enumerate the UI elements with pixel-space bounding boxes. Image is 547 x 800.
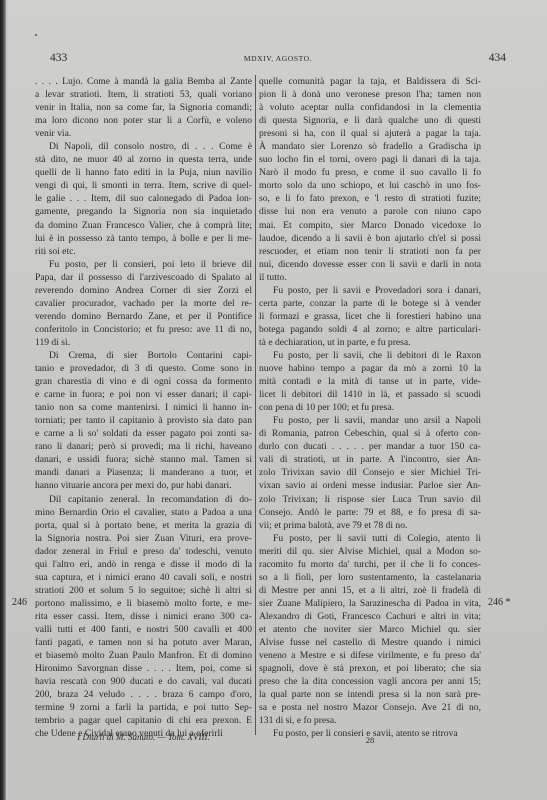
text-line: tanio e provedador, di 3 di questo. Come… — [35, 362, 252, 375]
text-line: la Signoria nostra. Poi sier Zuan Vituri… — [35, 532, 252, 545]
text-line: li formazi e grassa, licet che li forest… — [259, 310, 481, 323]
text-line: venir in Italia, non sa come far, la Sig… — [35, 101, 252, 114]
text-line: termine 9 zorni a farli la partida, e po… — [35, 701, 252, 714]
page-header: 433 MDXIV, AGOSTO. 434 — [50, 52, 506, 66]
text-line: il tutto. — [259, 271, 481, 284]
text-line: Di Crema, di sier Bortolo Contarini capi… — [35, 349, 252, 362]
text-line: ma loro dicono non poter star lì a Corfù… — [35, 114, 252, 127]
text-line: danari, e ussidi fuora; sichè stanno mal… — [35, 453, 252, 466]
text-line: sier Zuane Malipiero, la Sarazinescha di… — [259, 597, 481, 610]
text-line: torniati; per tanto il capitanio à provi… — [35, 414, 252, 427]
book-binding-edge — [0, 0, 6, 800]
column-divider — [255, 75, 256, 735]
text-line: laudoe, dicendo a li savii è bon ajutarl… — [259, 232, 481, 245]
paper-speck — [476, 149, 478, 151]
margin-note-left: 246 — [12, 597, 27, 608]
text-line: certa parte, conzar la parte di le boteg… — [259, 297, 481, 310]
text-line: e carne a li so' soldati da esser pagato… — [35, 427, 252, 440]
text-line: Narò il modo fu preso, e come il suo cav… — [259, 166, 481, 179]
text-line: et atento che noviter sier Marco Michiel… — [259, 623, 481, 636]
text-line: vengi di qui, li smonti in terra. Item, … — [35, 179, 252, 192]
paper-speck — [35, 34, 37, 36]
text-line: mino Bernardin Orio el cavalier, stato a… — [35, 506, 252, 519]
text-line: tanio non sa come mantenirsi. I nimici l… — [35, 401, 252, 414]
text-line: meriti dil qu. sier Alvise Michiel, qual… — [259, 545, 481, 558]
text-line: nuove habino tempo a pagar da mò a zorni… — [259, 362, 481, 375]
text-line: Fu posto, per li consieri, poi leto il b… — [35, 258, 252, 271]
text-line: Fu posto, per li savii, mandar uno arsil… — [259, 414, 481, 427]
paper-speck — [100, 734, 102, 736]
text-line: Fu posto, per li savii e Provedadori sor… — [259, 284, 481, 297]
text-line: di questa Signoria, e li darà qualche un… — [259, 114, 481, 127]
text-line: so, e li fo fato prexon, e 'l resto di s… — [259, 192, 481, 205]
text-line: nui, dicendo dovesse esser con li savii … — [259, 258, 481, 271]
text-line: licet li debitori dil 1410 in là, et pas… — [259, 388, 481, 401]
text-line: di Mestre per anni 15, et a li altri, zo… — [259, 584, 481, 597]
text-line: hanno vituarie ancora per mexi do, pur h… — [35, 479, 252, 492]
text-line: so a li fioli, per loro sustentamento, l… — [259, 571, 481, 584]
text-line: morto solo da uno schiopo, et lui caschò… — [259, 179, 481, 192]
text-line: qui l'altro eri, andò in renga e disse i… — [35, 558, 252, 571]
text-line: À mandato sier Lorenzo sò fradello a Gra… — [259, 140, 481, 153]
text-line: conferitolo in Concistorio; et fu preso:… — [35, 323, 252, 336]
text-line: durlo con ducati . . . . . per mandar a … — [259, 440, 481, 453]
text-line: vii; et prima balotà, ave 79 et 78 di no… — [259, 519, 481, 532]
text-line: da domino Zuan Francesco Valier, che à c… — [35, 219, 252, 232]
text-line: e carne in fuora; e poi non vi esser dan… — [35, 388, 252, 401]
text-line: rano li danari; però si provedi; ma li r… — [35, 440, 252, 453]
text-line: riti soi etc. — [35, 245, 252, 258]
text-line: stratioti 200 et solum 5 lo seguitoe; si… — [35, 584, 252, 597]
text-line: Alexandro di Goti, Francesco Cachuri e a… — [259, 610, 481, 623]
text-line: mai. Et compito, sier Marco Donado viced… — [259, 219, 481, 232]
right-text-column: quelle comunità pagar la taja, et Baldis… — [259, 75, 481, 740]
text-line: verendo domino Bernardo Zane, et per il … — [35, 310, 252, 323]
text-line: lui è in possesso zà tanto tempo, à boll… — [35, 232, 252, 245]
text-line: quelle comunità pagar la taja, et Baldis… — [259, 75, 481, 88]
text-line: venir via. — [35, 127, 252, 140]
text-line: stà dito, ne muor 40 al zorno in questa … — [35, 153, 252, 166]
text-line: suo locho fin el torni, overo pagi li da… — [259, 153, 481, 166]
text-line: pion li à donà uno veronese preson l'ha;… — [259, 88, 481, 101]
text-line: rescuoder, et etiam non tenir li stratio… — [259, 245, 481, 258]
margin-note-right: 246 * — [488, 597, 511, 608]
text-line: à voluto aceptar nulla confidandosi in l… — [259, 101, 481, 114]
footer-volume-title: I Diarii di M. Sanuto. — Tom. XVIII. — [35, 732, 252, 742]
text-line: presoni si ha, con il qual si ajuterà a … — [259, 127, 481, 140]
text-line: 119 di sì. — [35, 336, 252, 349]
text-line: quelli de lì hanno fato editi in la Puja… — [35, 166, 252, 179]
text-line: dador zeneral in Friul e preso da' todes… — [35, 545, 252, 558]
text-line: con pena di 10 per 100; et fu presa. — [259, 401, 481, 414]
text-line: Fu posto, per li savii, che li debitori … — [259, 349, 481, 362]
text-line: fanti pagati, e tamen non si ha potuto a… — [35, 636, 252, 649]
text-line: vali di stratioti, ut in parte. A l'inco… — [259, 453, 481, 466]
text-line: havia rescatà con 900 ducati e do cavali… — [35, 675, 252, 688]
text-line: Di Napoli, dil consolo nostro, di . . . … — [35, 140, 252, 153]
text-line: tà e dechiaration, ut in parte, e fu pre… — [259, 336, 481, 349]
text-line: Alvise fusse nel castello di Mestre quan… — [259, 636, 481, 649]
text-line: sa e posta nel nostro Mazor Consejo. Ave… — [259, 701, 481, 714]
text-line: cavalier procurador, vachado per la mort… — [35, 297, 252, 310]
text-line: disse lui non era venuto a parole con ni… — [259, 205, 481, 218]
text-line: spagnoli, dove è stà prexon, et poi libe… — [259, 662, 481, 675]
footer-signature-number: 28 — [259, 735, 481, 745]
text-line: mità contadi e la mità di tanse ut in pa… — [259, 375, 481, 388]
text-line: veneno a Mestre e si difese virilmente, … — [259, 649, 481, 662]
running-title: MDXIV, AGOSTO. — [50, 54, 506, 63]
text-line: preso che la dita concession vagli ancor… — [259, 675, 481, 688]
text-line: 131 di sì, e fo presa. — [259, 714, 481, 727]
text-line: vixan savio ai ordeni messe indusiar. Pa… — [259, 479, 481, 492]
text-line: zolo Trivixan; li rispose sier Luca Trun… — [259, 493, 481, 506]
text-line: mandi danari a Piasenza; li manderano a … — [35, 466, 252, 479]
text-line: di Romania, patron Cebeschin, qual si à … — [259, 427, 481, 440]
text-line: . . . . Lujo. Come à mandà la galia Bemb… — [35, 75, 252, 88]
text-line: racomito fu morto da' turchi, per il che… — [259, 558, 481, 571]
text-line: Papa, dar il possesso di l'arzivescoado … — [35, 271, 252, 284]
left-text-column: . . . . Lujo. Come à mandà la galia Bemb… — [35, 75, 252, 740]
text-line: botega pagando soldi 4 al zorno; e altre… — [259, 323, 481, 336]
text-line: et biasemò molto Zuan Paulo Manfron. Et … — [35, 649, 252, 662]
text-line: rita esser cassi. Item, disse i nimici e… — [35, 610, 252, 623]
text-line: tembrio a pagar quel capitanio di chi er… — [35, 714, 252, 727]
text-line: reverendo domino Andrea Corner di sier Z… — [35, 284, 252, 297]
text-line: porta, qual si à portato bene, et merita… — [35, 519, 252, 532]
page-number-right: 434 — [489, 52, 506, 64]
text-line: Hironimo Savorgnan disse . . . . Item, p… — [35, 662, 252, 675]
text-line: zolo Trivixan savio dil Consejo e sier M… — [259, 466, 481, 479]
text-line: la qual parte non se intendi presa si la… — [259, 688, 481, 701]
text-line: Consejo. Andò le parte: 79 et 88, e fo p… — [259, 506, 481, 519]
text-line: Dil capitanio zeneral. In recomandation … — [35, 493, 252, 506]
text-line: gran charestia di vino e di ogni cossa d… — [35, 375, 252, 388]
text-line: 200, braza 24 veludo . . . . braza 6 cam… — [35, 688, 252, 701]
text-line: portono malissimo, e li biasemò molto fo… — [35, 597, 252, 610]
text-line: sua captura, et i nimici erano 40 cavali… — [35, 571, 252, 584]
text-line: valli tutti et 400 fanti, e nostri 500 c… — [35, 623, 252, 636]
text-line: Fu posto, per li savii tutti di Colegio,… — [259, 532, 481, 545]
text-line: a levar stratioti. Item, li stratioti 53… — [35, 88, 252, 101]
text-line: le galie . . . Item, dil suo calonegado … — [35, 192, 252, 205]
text-line: gamente, pregando la Signoria non sia in… — [35, 205, 252, 218]
